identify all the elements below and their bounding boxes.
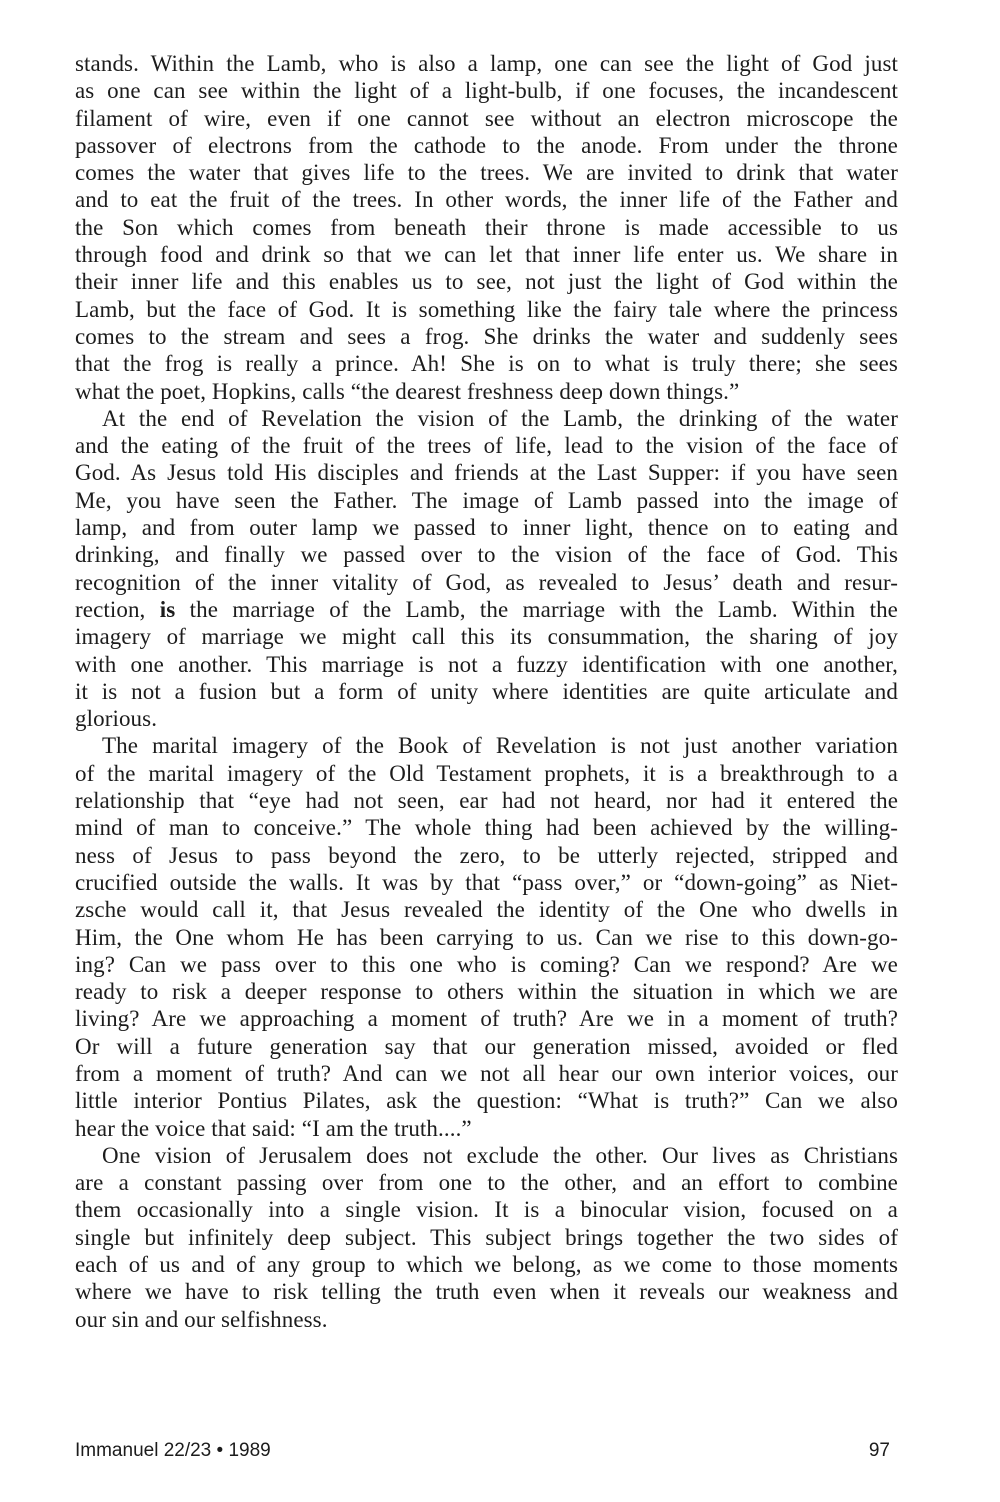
text-line: recognition of the inner vitality of God…	[75, 569, 898, 596]
text-line: crucified outside the walls. It was by t…	[75, 869, 898, 896]
text-line: from a moment of truth? And can we not a…	[75, 1060, 898, 1087]
text-line: their inner life and this enables us to …	[75, 268, 898, 295]
text-line: Me, you have seen the Father. The image …	[75, 487, 898, 514]
text-line: Or will a future generation say that our…	[75, 1033, 898, 1060]
paragraph: The marital imagery of the Book of Revel…	[75, 732, 898, 1141]
text-line: living? Are we approaching a moment of t…	[75, 1005, 898, 1032]
journal-citation: Immanuel 22/23 • 1989	[75, 1440, 271, 1462]
text-line: ing? Can we pass over to this one who is…	[75, 951, 898, 978]
text-line: At the end of Revelation the vision of t…	[75, 405, 898, 432]
text-line: single but infinitely deep subject. This…	[75, 1224, 898, 1251]
page-footer: Immanuel 22/23 • 1989 97	[75, 1440, 890, 1462]
text-line: One vision of Jerusalem does not exclude…	[75, 1142, 898, 1169]
text-line: Lamb, but the face of God. It is somethi…	[75, 296, 898, 323]
text-line: and the eating of the fruit of the trees…	[75, 432, 898, 459]
text-line: ready to risk a deeper response to other…	[75, 978, 898, 1005]
text-line: the Son which comes from beneath their t…	[75, 214, 898, 241]
text-line: rection, is the marriage of the Lamb, th…	[75, 596, 898, 623]
text-line: are a constant passing over from one to …	[75, 1169, 898, 1196]
text-line: of the marital imagery of the Old Testam…	[75, 760, 898, 787]
text-line: where we have to risk telling the truth …	[75, 1278, 898, 1305]
paragraph: stands. Within the Lamb, who is also a l…	[75, 50, 898, 405]
text-line: each of us and of any group to which we …	[75, 1251, 898, 1278]
text-line: zsche would call it, that Jesus revealed…	[75, 896, 898, 923]
text-line: comes to the stream and sees a frog. She…	[75, 323, 898, 350]
text-line: lamp, and from outer lamp we passed to i…	[75, 514, 898, 541]
page-number: 97	[869, 1440, 890, 1462]
text-line: and to eat the fruit of the trees. In ot…	[75, 186, 898, 213]
text-line: mind of man to conceive.” The whole thin…	[75, 814, 898, 841]
text-line: it is not a fusion but a form of unity w…	[75, 678, 898, 705]
text-line: that the frog is really a prince. Ah! Sh…	[75, 350, 898, 377]
text-line: God. As Jesus told His disciples and fri…	[75, 459, 898, 486]
text-line: comes the water that gives life to the t…	[75, 159, 898, 186]
text-line: The marital imagery of the Book of Revel…	[75, 732, 898, 759]
paragraph: One vision of Jerusalem does not exclude…	[75, 1142, 898, 1333]
text-line: glorious.	[75, 705, 898, 732]
text-line: imagery of marriage we might call this i…	[75, 623, 898, 650]
text-line: them occasionally into a single vision. …	[75, 1196, 898, 1223]
text-line: Him, the One whom He has been carrying t…	[75, 924, 898, 951]
text-line: hear the voice that said: “I am the trut…	[75, 1115, 898, 1142]
text-line: little interior Pontius Pilates, ask the…	[75, 1087, 898, 1114]
text-line: as one can see within the light of a lig…	[75, 77, 898, 104]
text-line: passover of electrons from the cathode t…	[75, 132, 898, 159]
text-line: filament of wire, even if one cannot see…	[75, 105, 898, 132]
text-line: ness of Jesus to pass beyond the zero, t…	[75, 842, 898, 869]
text-line: through food and drink so that we can le…	[75, 241, 898, 268]
text-line: our sin and our selfishness.	[75, 1306, 898, 1333]
document-body: stands. Within the Lamb, who is also a l…	[75, 50, 898, 1333]
text-line: drinking, and finally we passed over to …	[75, 541, 898, 568]
text-line: what the poet, Hopkins, calls “the deare…	[75, 378, 898, 405]
text-line: with one another. This marriage is not a…	[75, 651, 898, 678]
paragraph: At the end of Revelation the vision of t…	[75, 405, 898, 733]
text-line: stands. Within the Lamb, who is also a l…	[75, 50, 898, 77]
text-line: relationship that “eye had not seen, ear…	[75, 787, 898, 814]
